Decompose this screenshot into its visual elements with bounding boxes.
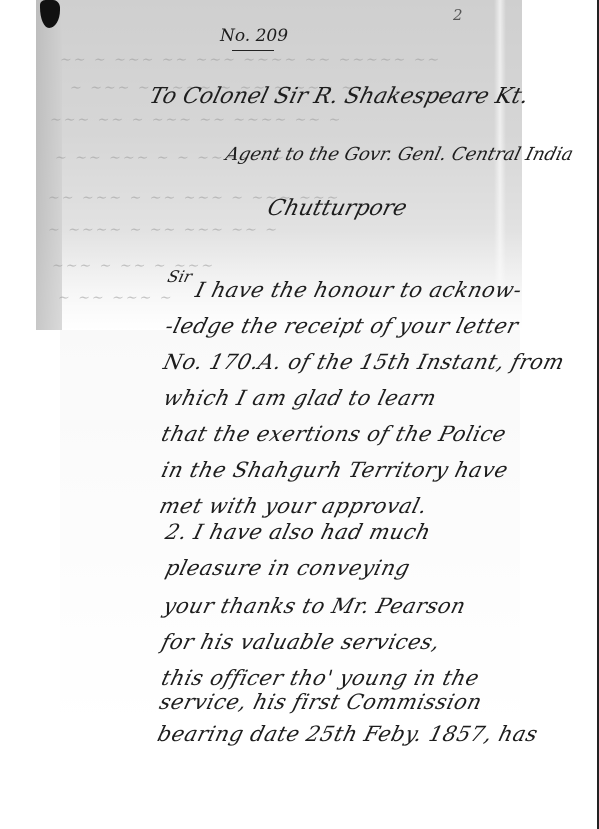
body-line: 2. I have also had much	[163, 520, 433, 544]
body-line: met with your approval.	[157, 494, 430, 518]
body-line: for his valuable services,	[159, 630, 443, 654]
letter-reference-number: No. 209	[220, 26, 288, 46]
body-line: I have the honour to acknow-	[193, 278, 525, 302]
body-line: bearing date 25th Feby. 1857, has	[155, 722, 540, 746]
salutation: Sir	[166, 267, 194, 286]
bleed-through-text: ~ ~~ ~~~ ~	[56, 290, 175, 306]
body-line: pleasure in conveying	[163, 556, 413, 580]
addressee-location-line: Chutturpore	[265, 196, 410, 221]
body-line: this officer tho' young in the	[159, 666, 482, 690]
body-line: service, his first Commission	[157, 690, 485, 714]
body-line: -ledge the receipt of your letter	[163, 314, 521, 338]
addressee-line: To Colonel Sir R. Shakespeare Kt.	[147, 84, 531, 109]
body-line: your thanks to Mr. Pearson	[161, 594, 468, 618]
bleed-through-text: ~~ ~ ~~~ ~~ ~~~ ~~~~ ~~ ~~~~~ ~~	[58, 52, 443, 68]
page-number: 2	[453, 6, 463, 24]
bleed-through-text: ~ ~~~~ ~ ~~ ~~~ ~~ ~	[46, 222, 280, 238]
bleed-through-text: ~~~ ~~ ~ ~~~ ~~ ~~~~ ~~ ~	[48, 112, 344, 128]
body-line: in the Shahgurh Territory have	[159, 458, 511, 482]
body-line: No. 170.A. of the 15th Instant, from	[161, 350, 567, 374]
scanned-letter-page: ~~ ~ ~~~ ~~ ~~~ ~~~~ ~~ ~~~~~ ~~ ~ ~~~ ~…	[0, 0, 599, 829]
addressee-title-line: Agent to the Govr. Genl. Central India	[223, 144, 575, 165]
body-line: which I am glad to learn	[161, 386, 439, 410]
reference-underline	[232, 50, 274, 51]
body-line: that the exertions of the Police	[159, 422, 509, 446]
